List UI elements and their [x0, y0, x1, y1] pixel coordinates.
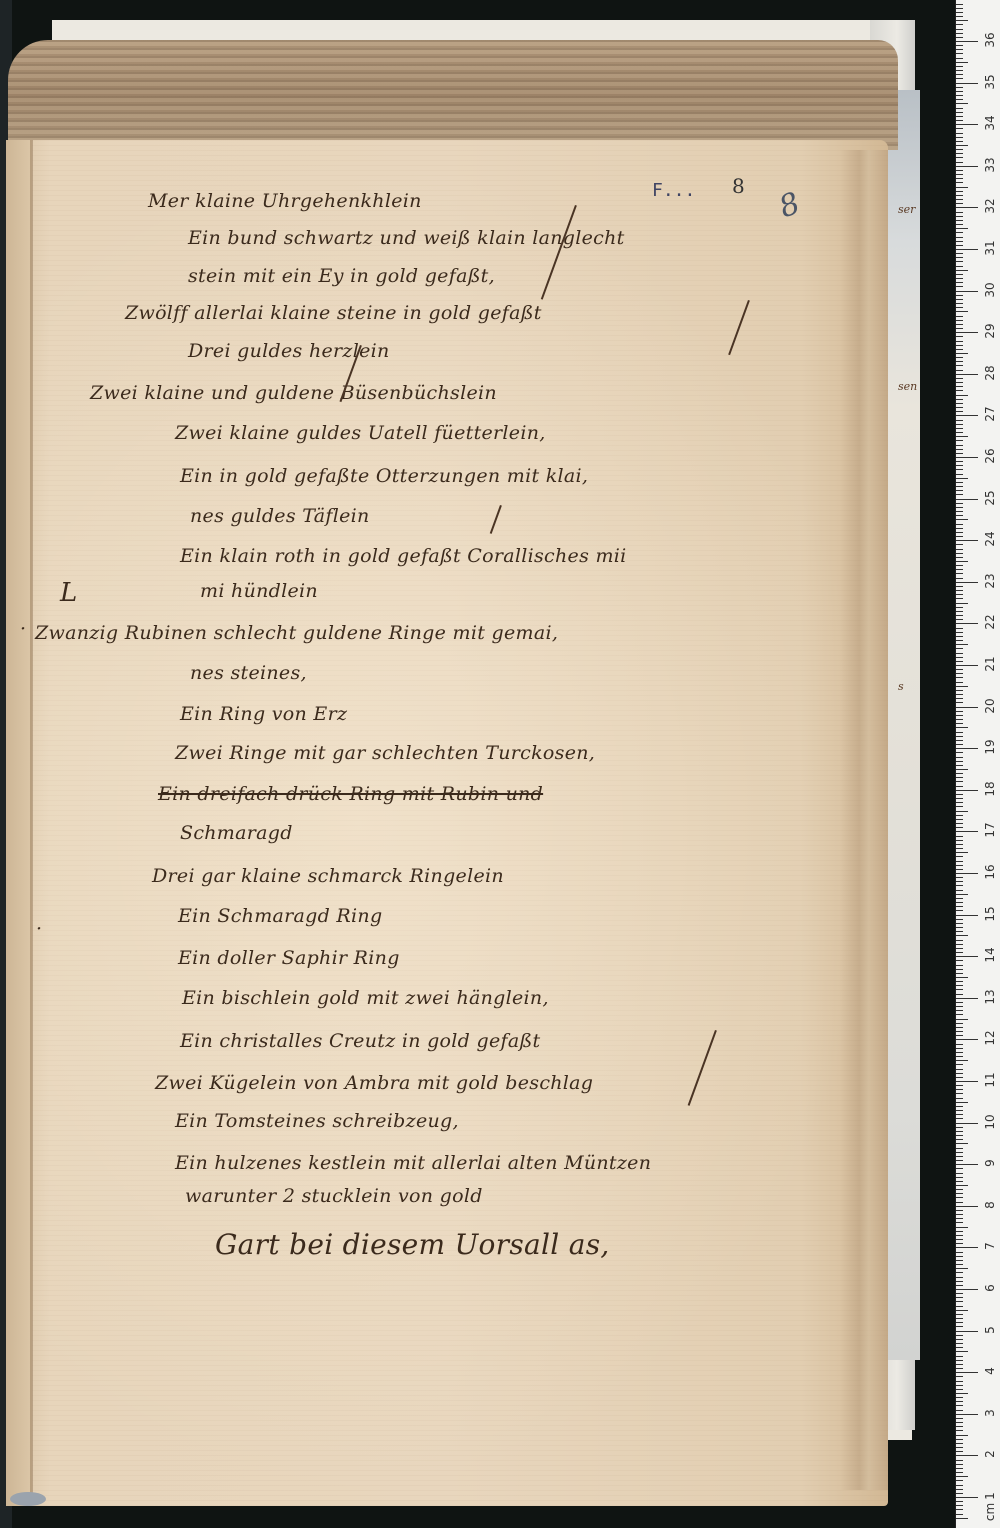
ruler-tick: [956, 4, 963, 5]
slip-fragment: ser: [898, 203, 915, 216]
ruler-tick: [956, 49, 963, 50]
ruler-tick: [956, 603, 968, 604]
ruler-tick: [956, 207, 978, 208]
ruler-tick: [956, 648, 963, 649]
ruler-tick: [956, 682, 963, 683]
ruler-tick: [956, 1152, 963, 1153]
ruler-number: 6: [983, 1278, 997, 1298]
ruler-tick: [956, 311, 968, 312]
ruler-tick: [956, 91, 963, 92]
ruler-tick: [956, 370, 963, 371]
ruler-tick: [956, 324, 963, 325]
ruler-tick: [956, 457, 978, 458]
ruler-number: 22: [983, 612, 997, 632]
ruler-number: 31: [983, 238, 997, 258]
ruler-tick: [956, 536, 963, 537]
ruler-tick: [956, 62, 968, 63]
ruler-tick: [956, 1351, 968, 1352]
ruler-tick: [956, 66, 963, 67]
ruler-tick: [956, 440, 963, 441]
ruler-tick: [956, 1173, 963, 1174]
margin-mark: ·: [36, 918, 42, 940]
ruler-number: 15: [983, 904, 997, 924]
ruler-tick: [956, 677, 963, 678]
ruler-tick: [956, 1139, 963, 1140]
ruler-tick: [956, 1202, 963, 1203]
ruler-tick: [956, 848, 963, 849]
text-line: Zwei Ringe mit gar schlechten Turckosen,: [175, 742, 595, 764]
ruler-tick: [956, 1227, 968, 1228]
ruler-tick: [956, 935, 968, 936]
text-line: Ein doller Saphir Ring: [178, 947, 400, 969]
measurement-ruler: 1234567891011121314151617181920212223242…: [955, 0, 1000, 1528]
ruler-tick: [956, 969, 963, 970]
ruler-tick: [956, 798, 963, 799]
binding-clip: [10, 1492, 46, 1506]
ruler-tick: [956, 1197, 963, 1198]
ruler-tick: [956, 299, 963, 300]
ruler-tick: [956, 1347, 963, 1348]
ruler-tick: [956, 744, 963, 745]
ruler-tick: [956, 357, 963, 358]
ruler-tick: [956, 232, 963, 233]
ruler-tick: [956, 702, 963, 703]
ruler-tick: [956, 365, 963, 366]
ruler-tick: [956, 390, 963, 391]
ruler-tick: [956, 411, 963, 412]
ruler-tick: [956, 906, 963, 907]
ruler-tick: [956, 528, 963, 529]
ruler-tick: [956, 415, 978, 416]
ruler-tick: [956, 478, 968, 479]
ruler-tick: [956, 20, 968, 21]
ruler-tick: [956, 395, 968, 396]
ruler-tick: [956, 549, 963, 550]
ruler-tick: [956, 1239, 963, 1240]
ruler-tick: [956, 465, 963, 466]
ruler-tick: [956, 765, 963, 766]
text-line: nes guldes Täflein: [190, 505, 370, 527]
ruler-tick: [956, 819, 963, 820]
ruler-tick: [956, 12, 963, 13]
ruler-tick: [956, 1131, 963, 1132]
ruler-tick: [956, 482, 963, 483]
ruler-tick: [956, 78, 963, 79]
ruler-tick: [956, 590, 963, 591]
ruler-tick: [956, 1322, 963, 1323]
ruler-tick: [956, 1114, 963, 1115]
ruler-tick: [956, 195, 963, 196]
ruler-tick: [956, 1168, 963, 1169]
ruler-tick: [956, 1010, 963, 1011]
ruler-tick: [956, 74, 963, 75]
text-line: Zwei klaine guldes Uatell füetterlein,: [175, 422, 546, 444]
ruler-tick: [956, 328, 963, 329]
page-edge-deckle: [840, 150, 888, 1490]
ruler-number: 21: [983, 654, 997, 674]
ruler-tick: [956, 1089, 963, 1090]
ruler-tick: [956, 403, 963, 404]
ruler-tick: [956, 278, 963, 279]
ruler-tick: [956, 33, 963, 34]
ruler-tick: [956, 149, 963, 150]
ruler-tick: [956, 507, 963, 508]
ruler-tick: [956, 1189, 963, 1190]
ruler-tick: [956, 1127, 963, 1128]
ruler-tick: [956, 1073, 963, 1074]
ruler-tick: [956, 515, 963, 516]
ruler-tick: [956, 1435, 968, 1436]
ruler-tick: [956, 108, 963, 109]
ruler-tick: [956, 1509, 963, 1510]
text-line: stein mit ein Ey in gold gefaßt,: [188, 265, 495, 287]
ruler-tick: [956, 436, 968, 437]
ruler-tick: [956, 1310, 968, 1311]
ruler-tick: [956, 815, 963, 816]
ruler-tick: [956, 836, 963, 837]
ruler-tick: [956, 1181, 963, 1182]
ruler-tick: [956, 856, 963, 857]
ruler-tick: [956, 569, 963, 570]
ruler-tick: [956, 157, 963, 158]
ruler-tick: [956, 253, 963, 254]
ruler-tick: [956, 1447, 963, 1448]
ruler-tick: [956, 1518, 968, 1519]
ruler-tick: [956, 103, 968, 104]
ruler-tick: [956, 736, 963, 737]
ruler-tick: [956, 977, 968, 978]
ruler-tick: [956, 573, 963, 574]
ruler-tick: [956, 445, 963, 446]
ruler-tick: [956, 1077, 963, 1078]
ruler-tick: [956, 844, 963, 845]
ruler-tick: [956, 773, 963, 774]
ruler-tick: [956, 673, 963, 674]
ruler-tick: [956, 8, 963, 9]
ruler-number: 30: [983, 280, 997, 300]
ruler-tick: [956, 1247, 978, 1248]
ruler-tick: [956, 1468, 963, 1469]
ruler-tick: [956, 690, 963, 691]
ruler-tick: [956, 58, 963, 59]
ruler-tick: [956, 1364, 963, 1365]
ruler-tick: [956, 1214, 963, 1215]
ruler-number: 28: [983, 363, 997, 383]
ruler-tick: [956, 266, 963, 267]
ruler-tick: [956, 1277, 963, 1278]
ruler-tick: [956, 1148, 963, 1149]
ruler-tick: [956, 499, 978, 500]
ruler-tick: [956, 1098, 963, 1099]
ruler-tick: [956, 1326, 963, 1327]
ruler-tick: [956, 910, 963, 911]
ruler-number: 32: [983, 196, 997, 216]
ruler-tick: [956, 1044, 963, 1045]
section-heading: Gart bei diesem Uorsall as,: [215, 1228, 610, 1261]
ruler-number: 36: [983, 30, 997, 50]
ruler-tick: [956, 540, 978, 541]
ruler-tick: [956, 532, 963, 533]
ruler-tick: [956, 557, 963, 558]
ruler-tick: [956, 182, 963, 183]
ruler-tick: [956, 940, 963, 941]
ruler-tick: [956, 1306, 963, 1307]
ruler-tick: [956, 386, 963, 387]
ruler-tick: [956, 1356, 963, 1357]
ruler-tick: [956, 1376, 963, 1377]
book-block-top-edge: [8, 40, 898, 150]
ruler-tick: [956, 973, 963, 974]
ruler-tick: [956, 1414, 978, 1415]
ruler-tick: [956, 1093, 963, 1094]
ruler-tick: [956, 511, 963, 512]
ruler-tick: [956, 598, 963, 599]
ruler-tick: [956, 295, 963, 296]
ruler-number: 33: [983, 155, 997, 175]
ruler-tick: [956, 1210, 963, 1211]
library-stamp: F...: [652, 180, 695, 201]
ruler-tick: [956, 1430, 963, 1431]
ruler-number: 13: [983, 987, 997, 1007]
ruler-tick: [956, 116, 963, 117]
ruler-tick: [956, 1405, 963, 1406]
ruler-tick: [956, 707, 978, 708]
ruler-tick: [956, 524, 963, 525]
ruler-tick: [956, 1135, 963, 1136]
ruler-tick: [956, 686, 968, 687]
ruler-number: 9: [983, 1153, 997, 1173]
ruler-tick: [956, 99, 963, 100]
ruler-tick: [956, 931, 963, 932]
ruler-number: 7: [983, 1236, 997, 1256]
ruler-tick: [956, 87, 963, 88]
ruler-tick: [956, 1064, 963, 1065]
ruler-tick: [956, 1014, 963, 1015]
ruler-tick: [956, 944, 963, 945]
ruler-tick: [956, 224, 963, 225]
ruler-tick: [956, 316, 963, 317]
ruler-tick: [956, 1372, 978, 1373]
ruler-tick: [956, 1318, 963, 1319]
ruler-tick: [956, 24, 963, 25]
ruler-tick: [956, 1185, 968, 1186]
ruler-tick: [956, 769, 968, 770]
ruler-tick: [956, 952, 963, 953]
ruler-tick: [956, 1464, 963, 1465]
ruler-tick: [956, 636, 963, 637]
ruler-tick: [956, 178, 963, 179]
ruler-tick: [956, 1289, 978, 1290]
ruler-tick: [956, 578, 963, 579]
ruler-tick: [956, 1439, 963, 1440]
ruler-tick: [956, 628, 963, 629]
ruler-number: 29: [983, 321, 997, 341]
ruler-tick: [956, 187, 968, 188]
ruler-tick: [956, 794, 963, 795]
ruler-tick: [956, 45, 963, 46]
ruler-tick: [956, 1493, 963, 1494]
ruler-number: 3: [983, 1403, 997, 1423]
ruler-tick: [956, 1385, 963, 1386]
ruler-tick: [956, 586, 963, 587]
ruler-tick: [956, 1381, 963, 1382]
ruler-number: 19: [983, 737, 997, 757]
ruler-tick: [956, 474, 963, 475]
ruler-tick: [956, 41, 978, 42]
ruler-tick: [956, 786, 963, 787]
ruler-tick: [956, 16, 963, 17]
ruler-tick: [956, 1505, 963, 1506]
ruler-tick: [956, 1256, 963, 1257]
ruler-tick: [956, 1472, 963, 1473]
ruler-tick: [956, 124, 978, 125]
ruler-tick: [956, 781, 963, 782]
ruler-tick: [956, 170, 963, 171]
ruler-tick: [956, 611, 963, 612]
margin-mark: L: [60, 578, 78, 608]
ruler-tick: [956, 1285, 963, 1286]
ruler-tick: [956, 757, 963, 758]
ruler-tick: [956, 428, 963, 429]
text-line: Zwölff allerlai klaine steine in gold ge…: [125, 302, 542, 324]
text-line: Ein bischlein gold mit zwei hänglein,: [182, 987, 549, 1009]
ruler-tick: [956, 669, 963, 670]
ruler-tick: [956, 998, 978, 999]
ruler-tick: [956, 657, 963, 658]
ruler-tick: [956, 1293, 963, 1294]
ruler-tick: [956, 191, 963, 192]
ruler-tick: [956, 1002, 963, 1003]
ruler-tick: [956, 877, 963, 878]
ruler-tick: [956, 1301, 963, 1302]
ruler-tick: [956, 1027, 963, 1028]
ruler-tick: [956, 274, 963, 275]
ruler-tick: [956, 420, 963, 421]
slip-fragment: sen: [898, 380, 917, 393]
text-line: Ein hulzenes kestlein mit allerlai alten…: [175, 1152, 651, 1174]
ruler-tick: [956, 723, 963, 724]
ruler-tick: [956, 461, 963, 462]
ruler-tick: [956, 1389, 963, 1390]
ruler-tick: [956, 345, 963, 346]
ruler-tick: [956, 948, 963, 949]
ruler-tick: [956, 1514, 963, 1515]
ruler-tick: [956, 1455, 978, 1456]
folio-number: 8: [732, 174, 745, 198]
ruler-tick: [956, 407, 963, 408]
ruler-tick: [956, 1272, 963, 1273]
ruler-tick: [956, 145, 968, 146]
ruler-tick: [956, 1143, 968, 1144]
ruler-tick: [956, 1164, 978, 1165]
ruler-tick: [956, 1243, 963, 1244]
ruler-tick: [956, 1497, 978, 1498]
ruler-tick: [956, 715, 963, 716]
ruler-tick: [956, 220, 963, 221]
ruler-tick: [956, 1297, 963, 1298]
ruler-tick: [956, 120, 963, 121]
ruler-number: 35: [983, 72, 997, 92]
ruler-tick: [956, 1426, 963, 1427]
ruler-tick: [956, 249, 978, 250]
ruler-tick: [956, 790, 978, 791]
ruler-tick: [956, 623, 978, 624]
ruler-number: 10: [983, 1112, 997, 1132]
ruler-tick: [956, 1222, 963, 1223]
ruler-tick: [956, 270, 968, 271]
ruler-tick: [956, 1281, 963, 1282]
margin-mark: ·: [20, 618, 26, 640]
ruler-tick: [956, 1123, 978, 1124]
ruler-tick: [956, 615, 963, 616]
ruler-tick: [956, 777, 963, 778]
ruler-tick: [956, 919, 963, 920]
ruler-tick: [956, 469, 963, 470]
ruler-tick: [956, 361, 963, 362]
ruler-tick: [956, 141, 963, 142]
ruler-tick: [956, 29, 963, 30]
text-line: Mer klaine Uhrgehenkhlein: [148, 190, 422, 212]
ruler-tick: [956, 128, 963, 129]
text-line: Ein christalles Creutz in gold gefaßt: [180, 1030, 540, 1052]
ruler-tick: [956, 1397, 963, 1398]
ruler-tick: [956, 632, 963, 633]
ruler-tick: [956, 1081, 978, 1082]
ruler-tick: [956, 1335, 963, 1336]
ruler-tick: [956, 644, 968, 645]
ruler-tick: [956, 740, 963, 741]
ruler-tick: [956, 1019, 968, 1020]
ruler-number: 25: [983, 488, 997, 508]
text-line: Zwanzig Rubinen schlecht guldene Ringe m…: [35, 622, 558, 644]
ruler-number: 34: [983, 113, 997, 133]
ruler-tick: [956, 748, 978, 749]
ruler-tick: [956, 95, 963, 96]
ruler-tick: [956, 902, 963, 903]
ruler-number: 11: [983, 1070, 997, 1090]
ruler-tick: [956, 894, 968, 895]
ruler-tick: [956, 665, 978, 666]
ruler-tick: [956, 237, 963, 238]
ruler-tick: [956, 561, 968, 562]
ruler-tick: [956, 257, 963, 258]
ruler-tick: [956, 898, 963, 899]
ruler-tick: [956, 1268, 968, 1269]
ruler-tick: [956, 332, 978, 333]
ruler-tick: [956, 1177, 963, 1178]
ruler-tick: [956, 711, 963, 712]
ruler-tick: [956, 336, 963, 337]
ruler-tick: [956, 1231, 963, 1232]
ruler-number: 4: [983, 1361, 997, 1381]
ruler-tick: [956, 694, 963, 695]
ruler-number: 8: [983, 1195, 997, 1215]
ruler-tick: [956, 53, 963, 54]
ruler-tick: [956, 761, 963, 762]
ruler-tick: [956, 619, 963, 620]
ruler-tick: [956, 490, 963, 491]
ruler-tick: [956, 291, 978, 292]
ruler-tick: [956, 727, 968, 728]
ruler-tick: [956, 923, 963, 924]
ruler-tick: [956, 1048, 963, 1049]
ruler-tick: [956, 486, 963, 487]
ruler-tick: [956, 1418, 963, 1419]
ruler-tick: [956, 653, 963, 654]
ruler-tick: [956, 153, 963, 154]
ruler-tick: [956, 802, 963, 803]
ruler-tick: [956, 831, 978, 832]
